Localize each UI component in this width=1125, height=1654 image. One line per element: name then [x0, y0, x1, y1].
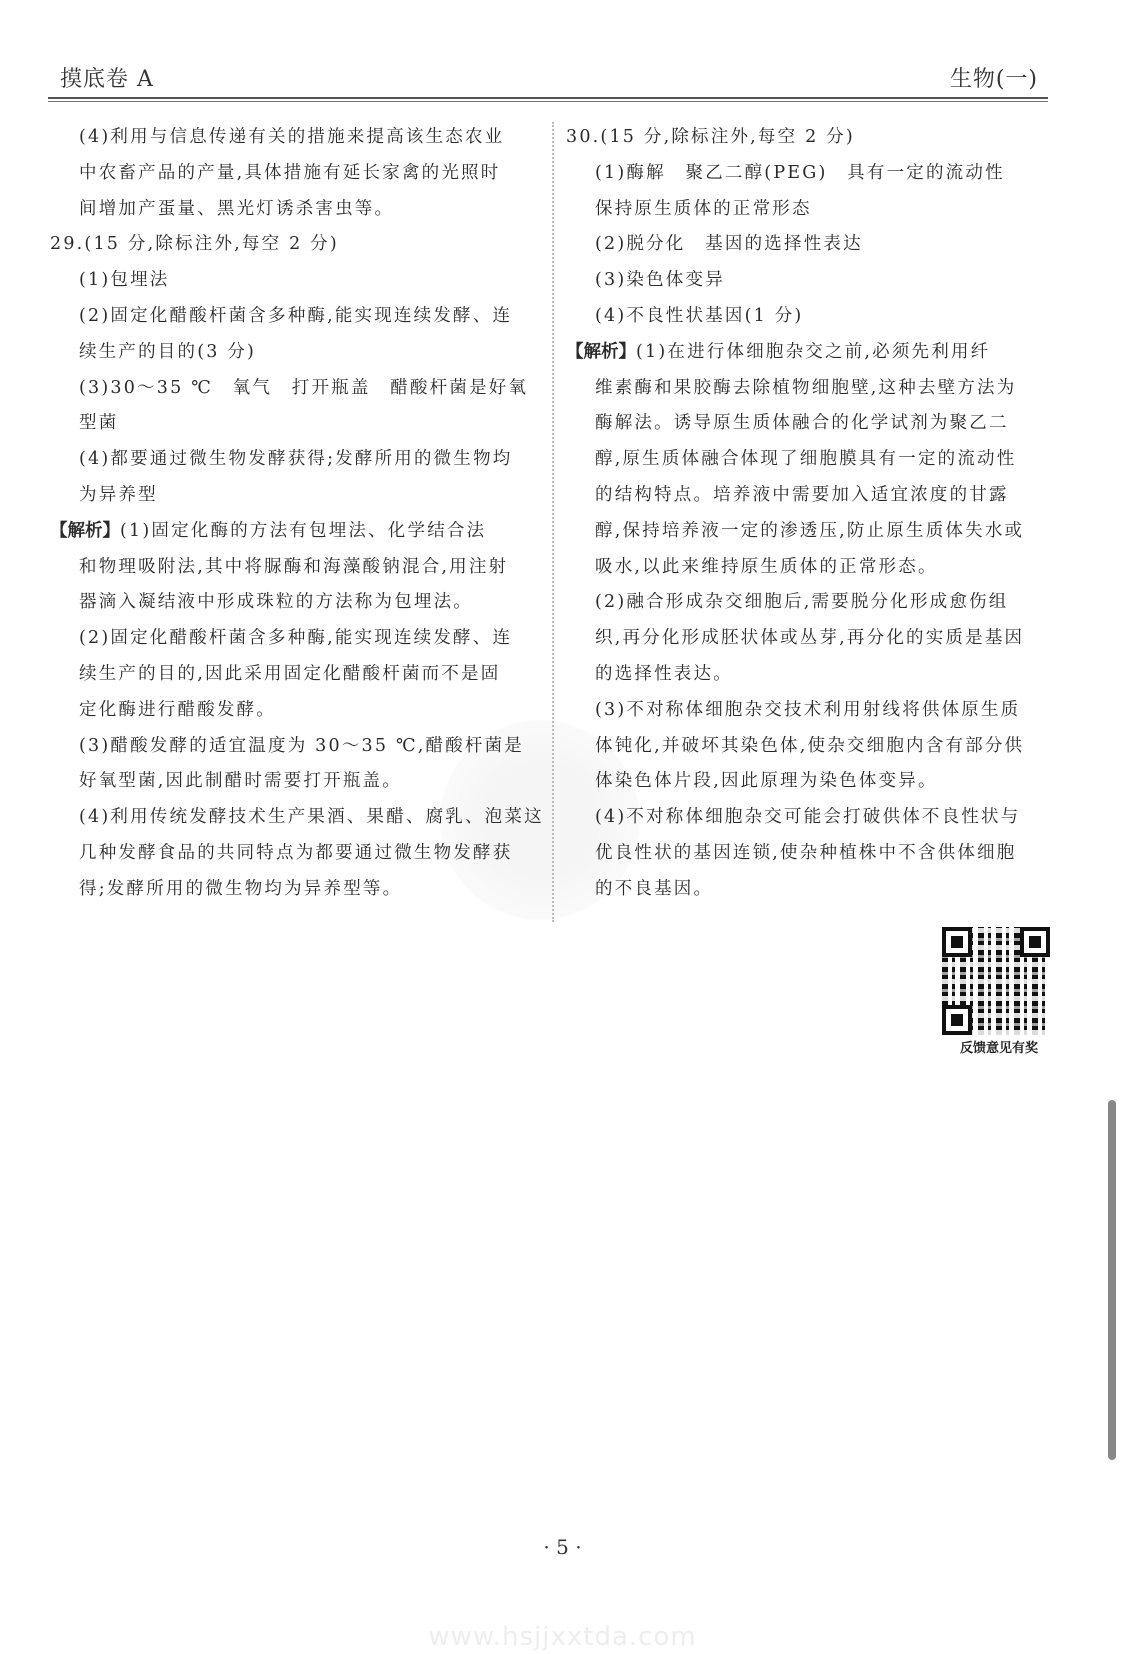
line-text: (4)都要通过微生物发酵获得;发酵所用的微生物均 — [79, 449, 512, 469]
text-line: (3)醋酸发酵的适宜温度为 30～35 ℃,醋酸杆菌是 — [50, 729, 540, 765]
line-text: (2)固定化醋酸杆菌含多种酶,能实现连续发酵、连 — [79, 306, 512, 326]
text-line: (3)染色体变异 — [566, 263, 1056, 299]
line-text: 得;发酵所用的微生物均为异养型等。 — [79, 879, 402, 899]
subject-title: 生物(一) — [950, 62, 1038, 93]
analysis-label: 【解析】 — [50, 521, 120, 541]
line-text: 的结构特点。培养液中需要加入适宜浓度的甘露 — [595, 485, 1009, 505]
line-text: (3)染色体变异 — [595, 270, 725, 290]
line-text: 续生产的目的(3 分) — [79, 342, 256, 362]
line-text: 器滴入凝结液中形成珠粒的方法称为包埋法。 — [79, 592, 473, 612]
line-text: 醇,保持培养液一定的渗透压,防止原生质体失水或 — [595, 521, 1024, 541]
text-line: 醇,原生质体融合体现了细胞膜具有一定的流动性 — [566, 442, 1056, 478]
line-text: (1)包埋法 — [79, 270, 170, 290]
column-divider — [552, 122, 554, 922]
line-text: (3)30～35 ℃ 氧气 打开瓶盖 醋酸杆菌是好氧 — [79, 378, 528, 398]
line-text: 酶解法。诱导原生质体融合的化学试剂为聚乙二 — [595, 413, 1009, 433]
text-line: 器滴入凝结液中形成珠粒的方法称为包埋法。 — [50, 585, 540, 621]
line-text: (4)利用与信息传递有关的措施来提高该生态农业 — [79, 127, 504, 147]
line-text: 定化酶进行醋酸发酵。 — [79, 700, 276, 720]
left-answer-column: (4)利用与信息传递有关的措施来提高该生态农业中农畜产品的产量,具体措施有延长家… — [50, 120, 540, 908]
page-number: · 5 · — [0, 1535, 1125, 1559]
line-text: 30.(15 分,除标注外,每空 2 分) — [566, 127, 855, 147]
text-line: (4)不对称体细胞杂交可能会打破供体不良性状与 — [566, 800, 1056, 836]
text-line: 几种发酵食品的共同特点为都要通过微生物发酵获 — [50, 836, 540, 872]
text-line: (4)不良性状基因(1 分) — [566, 299, 1056, 335]
line-text: (3)不对称体细胞杂交技术利用射线将供体原生质 — [595, 700, 1020, 720]
text-line: 型菌 — [50, 406, 540, 442]
line-text: 和物理吸附法,其中将脲酶和海藻酸钠混合,用注射 — [79, 557, 508, 577]
line-text: 好氧型菌,因此制醋时需要打开瓶盖。 — [79, 771, 402, 791]
text-line: 保持原生质体的正常形态 — [566, 192, 1056, 228]
text-line: 定化酶进行醋酸发酵。 — [50, 693, 540, 729]
text-line: 间增加产蛋量、黑光灯诱杀害虫等。 — [50, 192, 540, 228]
line-text: 体钝化,并破坏其染色体,使杂交细胞内含有部分供 — [595, 736, 1024, 756]
line-text: (1)酶解 聚乙二醇(PEG) 具有一定的流动性 — [595, 163, 1005, 183]
line-text: (4)不良性状基因(1 分) — [595, 306, 803, 326]
line-text: (2)固定化醋酸杆菌含多种酶,能实现连续发酵、连 — [79, 628, 512, 648]
line-text: 中农畜产品的产量,具体措施有延长家禽的光照时 — [79, 163, 500, 183]
text-line: 醇,保持培养液一定的渗透压,防止原生质体失水或 — [566, 514, 1056, 550]
text-line: 续生产的目的,因此采用固定化醋酸杆菌而不是固 — [50, 657, 540, 693]
text-line: (1)酶解 聚乙二醇(PEG) 具有一定的流动性 — [566, 156, 1056, 192]
text-line: 的结构特点。培养液中需要加入适宜浓度的甘露 — [566, 478, 1056, 514]
line-text: 29.(15 分,除标注外,每空 2 分) — [50, 234, 339, 254]
text-line: 维素酶和果胶酶去除植物细胞壁,这种去壁方法为 — [566, 371, 1056, 407]
line-text: 续生产的目的,因此采用固定化醋酸杆菌而不是固 — [79, 664, 500, 684]
line-text: (4)不对称体细胞杂交可能会打破供体不良性状与 — [595, 807, 1020, 827]
line-text: (1)在进行体细胞杂交之前,必须先利用纤 — [636, 342, 990, 362]
text-line: (2)融合形成杂交细胞后,需要脱分化形成愈伤组 — [566, 585, 1056, 621]
line-text: 几种发酵食品的共同特点为都要通过微生物发酵获 — [79, 843, 512, 863]
text-line: 29.(15 分,除标注外,每空 2 分) — [50, 227, 540, 263]
line-text: 织,再分化形成胚状体或丛芽,再分化的实质是基因 — [595, 628, 1024, 648]
text-line: 为异养型 — [50, 478, 540, 514]
text-line: 30.(15 分,除标注外,每空 2 分) — [566, 120, 1056, 156]
text-line: 织,再分化形成胚状体或丛芽,再分化的实质是基因 — [566, 621, 1056, 657]
analysis-label: 【解析】 — [566, 342, 636, 362]
text-line: 体钝化,并破坏其染色体,使杂交细胞内含有部分供 — [566, 729, 1056, 765]
page-header: 摸底卷 A 生物(一) — [48, 58, 1048, 98]
text-line: (2)脱分化 基因的选择性表达 — [566, 227, 1056, 263]
header-rule-thin — [48, 101, 1048, 102]
line-text: 吸水,以此来维持原生质体的正常形态。 — [595, 557, 938, 577]
text-line: 和物理吸附法,其中将脲酶和海藻酸钠混合,用注射 — [50, 550, 540, 586]
line-text: 体染色体片段,因此原理为染色体变异。 — [595, 771, 938, 791]
text-line: 中农畜产品的产量,具体措施有延长家禽的光照时 — [50, 156, 540, 192]
text-line: (4)利用与信息传递有关的措施来提高该生态农业 — [50, 120, 540, 156]
text-line: 优良性状的基因连锁,使杂种植株中不含供体细胞 — [566, 836, 1056, 872]
line-text: 的不良基因。 — [595, 879, 713, 899]
text-line: 【解析】(1)在进行体细胞杂交之前,必须先利用纤 — [566, 335, 1056, 371]
line-text: 维素酶和果胶酶去除植物细胞壁,这种去壁方法为 — [595, 378, 1016, 398]
text-line: 续生产的目的(3 分) — [50, 335, 540, 371]
line-text: (3)醋酸发酵的适宜温度为 30～35 ℃,醋酸杆菌是 — [79, 736, 524, 756]
qr-code-icon[interactable] — [942, 927, 1050, 1035]
line-text: (2)融合形成杂交细胞后,需要脱分化形成愈伤组 — [595, 592, 1008, 612]
line-text: 保持原生质体的正常形态 — [595, 199, 812, 219]
text-line: 的不良基因。 — [566, 872, 1056, 908]
text-line: 【解析】(1)固定化酶的方法有包埋法、化学结合法 — [50, 514, 540, 550]
header-rule — [48, 97, 1048, 99]
line-text: 型菌 — [79, 413, 118, 433]
text-line: (2)固定化醋酸杆菌含多种酶,能实现连续发酵、连 — [50, 299, 540, 335]
right-answer-column: 30.(15 分,除标注外,每空 2 分)(1)酶解 聚乙二醇(PEG) 具有一… — [566, 120, 1056, 908]
line-text: 为异养型 — [79, 485, 158, 505]
text-line: 酶解法。诱导原生质体融合的化学试剂为聚乙二 — [566, 406, 1056, 442]
text-line: 好氧型菌,因此制醋时需要打开瓶盖。 — [50, 764, 540, 800]
text-line: (3)不对称体细胞杂交技术利用射线将供体原生质 — [566, 693, 1056, 729]
site-watermark: www.hsjjxxtda.com — [0, 1622, 1125, 1652]
text-line: (2)固定化醋酸杆菌含多种酶,能实现连续发酵、连 — [50, 621, 540, 657]
text-line: (3)30～35 ℃ 氧气 打开瓶盖 醋酸杆菌是好氧 — [50, 371, 540, 407]
qr-caption: 反馈意见有奖 — [945, 1037, 1053, 1056]
text-line: 得;发酵所用的微生物均为异养型等。 — [50, 872, 540, 908]
line-text: 优良性状的基因连锁,使杂种植株中不含供体细胞 — [595, 843, 1016, 863]
text-line: (4)利用传统发酵技术生产果酒、果醋、腐乳、泡菜这 — [50, 800, 540, 836]
line-text: 的选择性表达。 — [595, 664, 733, 684]
line-text: (2)脱分化 基因的选择性表达 — [595, 234, 863, 254]
line-text: (4)利用传统发酵技术生产果酒、果醋、腐乳、泡菜这 — [79, 807, 544, 827]
text-line: (4)都要通过微生物发酵获得;发酵所用的微生物均 — [50, 442, 540, 478]
vertical-scrollbar[interactable] — [1108, 1100, 1116, 1460]
text-line: 的选择性表达。 — [566, 657, 1056, 693]
text-line: 吸水,以此来维持原生质体的正常形态。 — [566, 550, 1056, 586]
line-text: (1)固定化酶的方法有包埋法、化学结合法 — [120, 521, 486, 541]
line-text: 醇,原生质体融合体现了细胞膜具有一定的流动性 — [595, 449, 1016, 469]
text-line: 体染色体片段,因此原理为染色体变异。 — [566, 764, 1056, 800]
text-line: (1)包埋法 — [50, 263, 540, 299]
line-text: 间增加产蛋量、黑光灯诱杀害虫等。 — [79, 199, 394, 219]
exam-title: 摸底卷 A — [60, 62, 154, 93]
